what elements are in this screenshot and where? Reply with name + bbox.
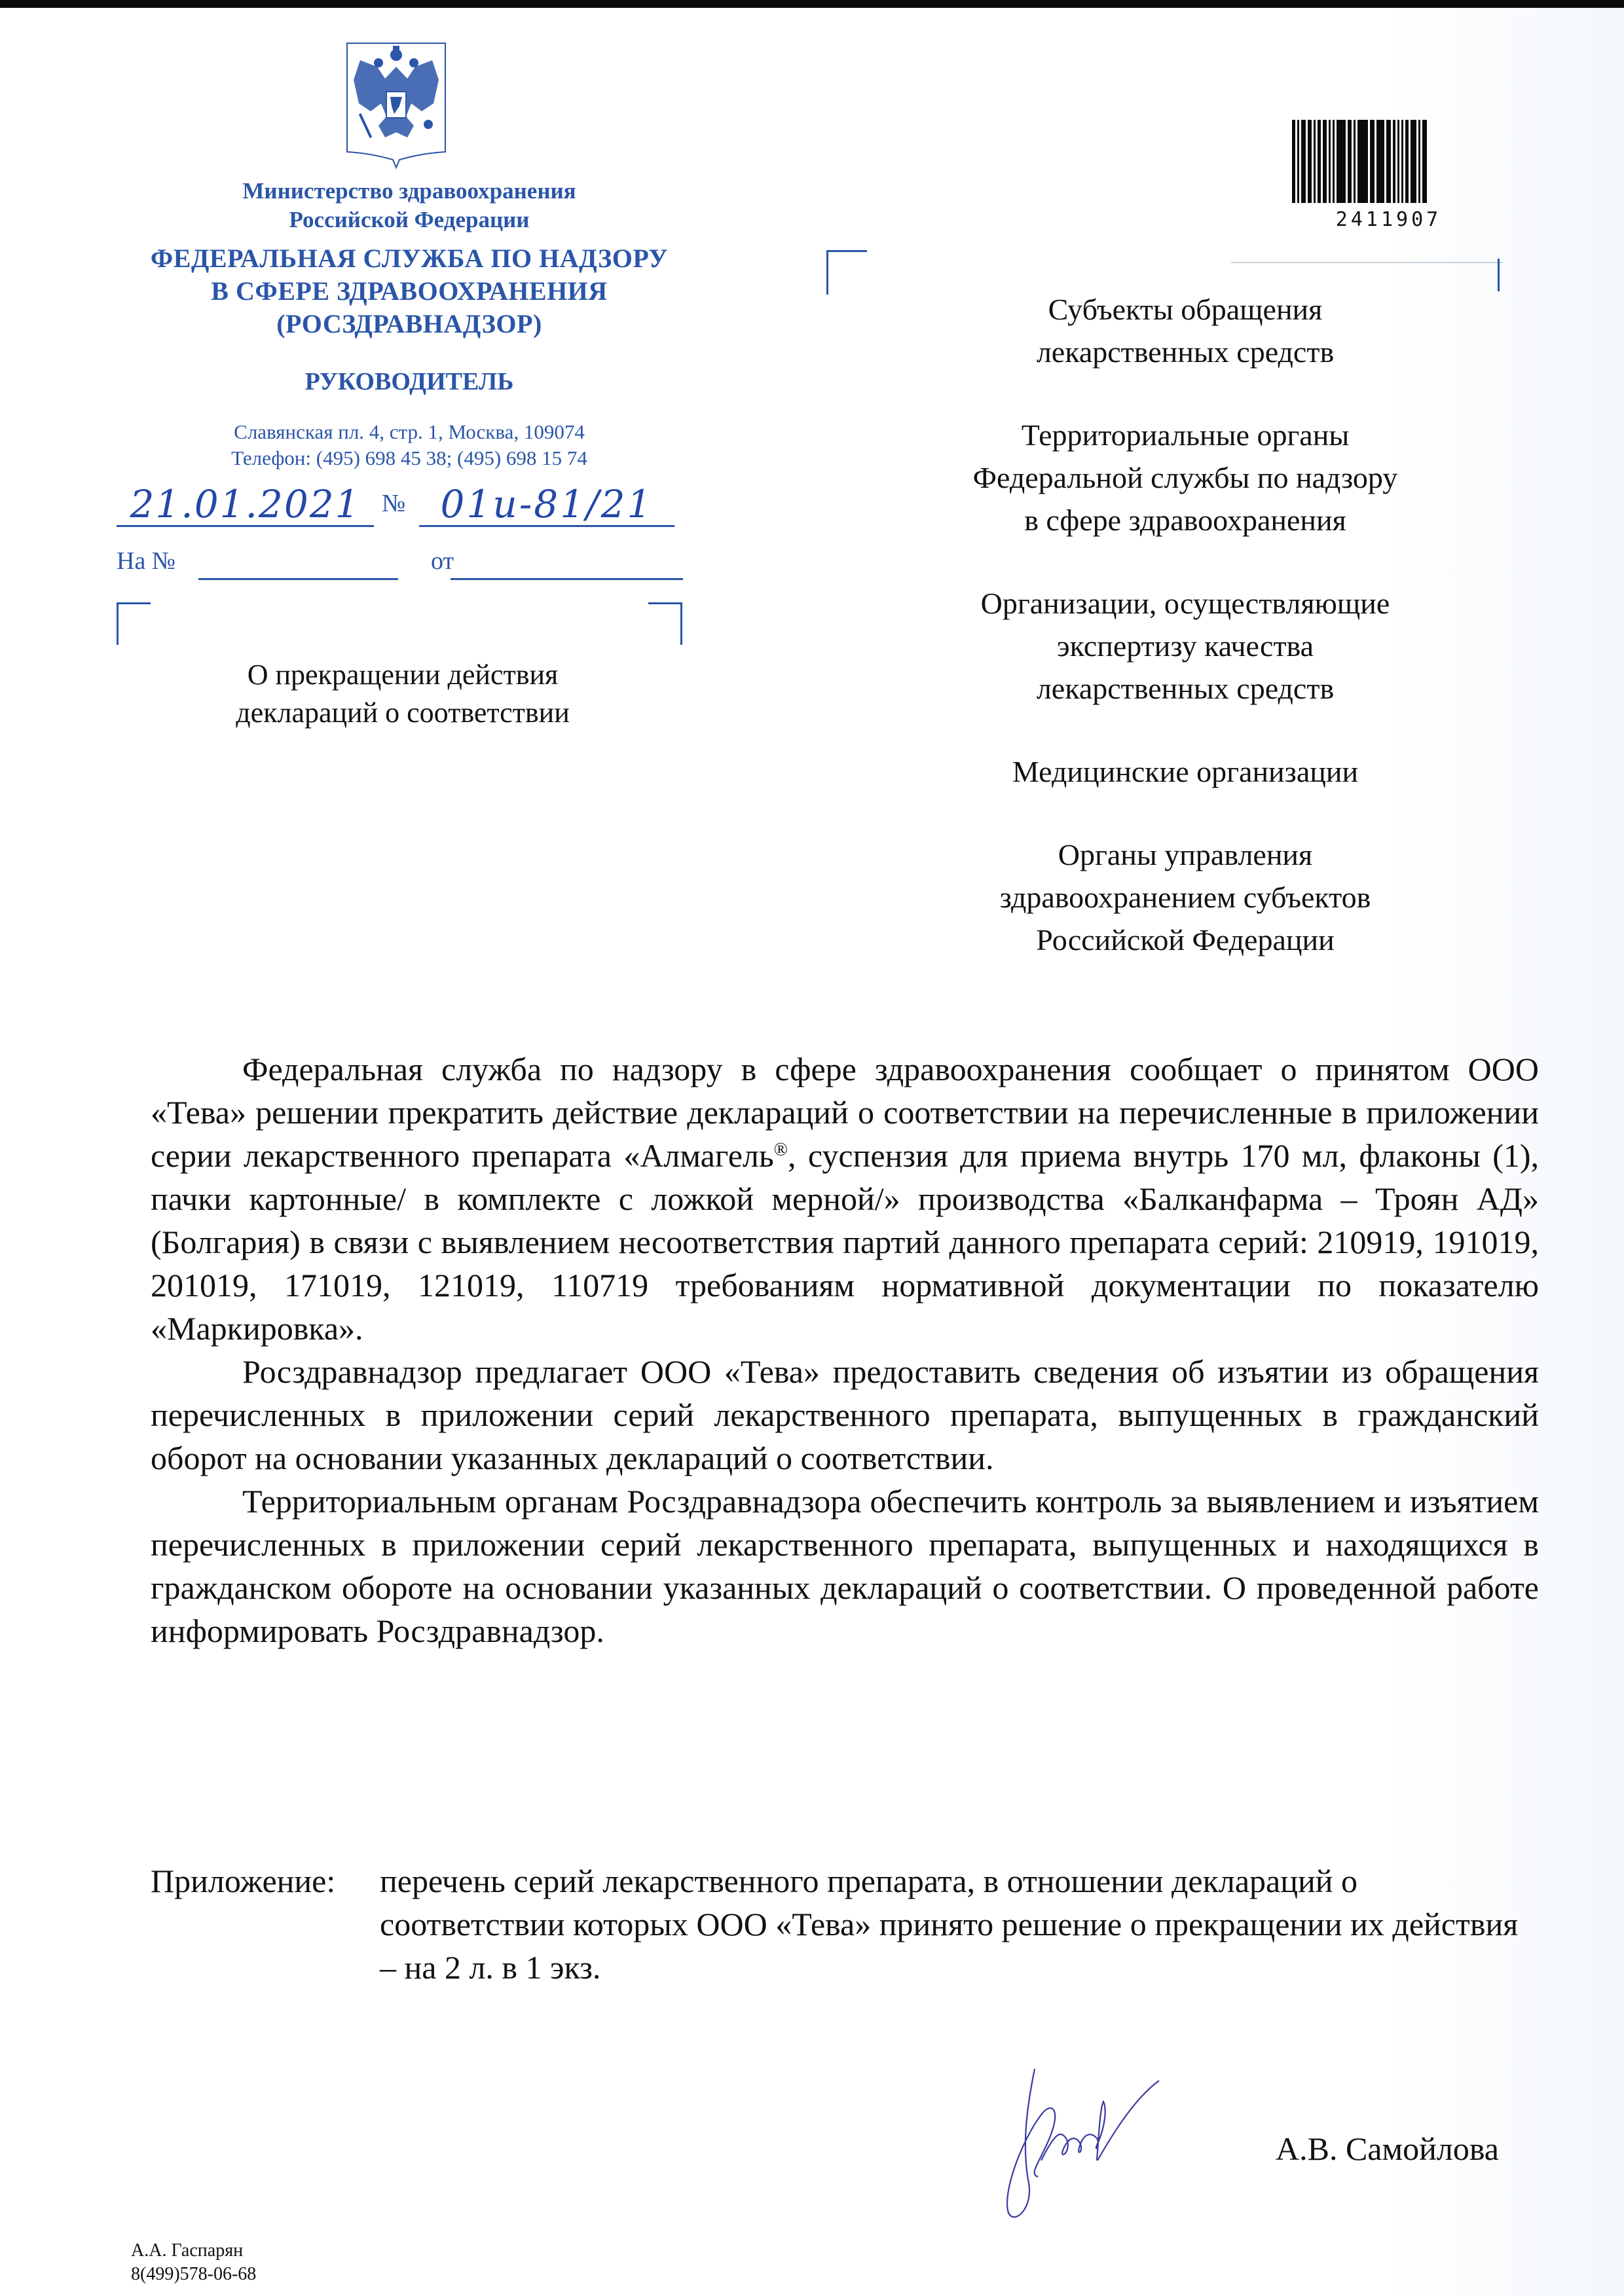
recipient: Территориальные органы Федеральной служб…: [897, 414, 1473, 541]
from-date-field: [451, 578, 683, 580]
recipient-line: лекарственных средств: [897, 331, 1473, 373]
handwritten-signature-icon: [943, 2062, 1192, 2232]
registration-number: 01и-81/21: [419, 481, 674, 527]
appendix-text: перечень серий лекарственного препарата,…: [380, 1859, 1532, 1989]
number-label: №: [382, 489, 405, 518]
subject-line-1: О прекращении действия: [151, 656, 655, 694]
service-line-1: ФЕДЕРАЛЬНАЯ СЛУЖБА ПО НАДЗОРУ: [98, 242, 720, 275]
recipient: Организации, осуществляющие экспертизу к…: [897, 582, 1473, 710]
recipient-line: здравоохранением субъектов: [897, 876, 1473, 919]
recipient: Субъекты обращения лекарственных средств: [897, 288, 1473, 373]
barcode-icon: [1292, 120, 1485, 203]
service-line-3: (РОСЗДРАВНАДЗОР): [98, 308, 720, 340]
appendix: Приложение: перечень серий лекарственног…: [151, 1859, 1539, 1989]
body-paragraph-2: Росздравнадзор предлагает ООО «Тева» пре…: [151, 1350, 1539, 1480]
body-paragraph-1: Федеральная служба по надзору в сфере зд…: [151, 1048, 1539, 1350]
registered-mark: ®: [774, 1139, 788, 1159]
body-paragraph-3: Территориальным органам Росздравнадзора …: [151, 1480, 1539, 1652]
recipient-line: лекарственных средств: [897, 667, 1473, 710]
subject-line-2: деклараций о соответствии: [151, 694, 655, 732]
service-name: ФЕДЕРАЛЬНАЯ СЛУЖБА ПО НАДЗОРУ В СФЕРЕ ЗД…: [98, 242, 720, 340]
registration-row: 21.01.2021 № 01и-81/21: [117, 481, 686, 534]
service-line-2: В СФЕРЕ ЗДРАВООХРАНЕНИЯ: [98, 275, 720, 308]
recipient-line: Субъекты обращения: [897, 288, 1473, 331]
recipient-line: Российской Федерации: [897, 919, 1473, 961]
ministry-line-2: Российской Федерации: [98, 206, 720, 234]
recipient-line: Территориальные органы: [897, 414, 1473, 456]
contact-block: Славянская пл. 4, стр. 1, Москва, 109074…: [98, 419, 720, 471]
ministry-line-1: Министерство здравоохранения: [98, 177, 720, 206]
recipient-line: Организации, осуществляющие: [897, 582, 1473, 625]
letter-body: Федеральная служба по надзору в сфере зд…: [151, 1048, 1539, 1652]
from-label: от: [431, 547, 454, 575]
reply-reference-row: На № от: [117, 547, 686, 586]
executor-block: А.А. Гаспарян 8(499)578-06-68: [131, 2239, 256, 2286]
executor-name: А.А. Гаспарян: [131, 2239, 256, 2263]
barcode-number: 2411907: [1292, 208, 1485, 231]
recipient-line: экспертизу качества: [897, 625, 1473, 667]
bracket-top-right: [648, 602, 682, 645]
signer-name: А.В. Самойлова: [1276, 2130, 1499, 2168]
address: Славянская пл. 4, стр. 1, Москва, 109074: [98, 419, 720, 445]
recipient-line: в сфере здравоохранения: [897, 499, 1473, 541]
reply-to-label: На №: [117, 547, 175, 575]
ministry-name: Министерство здравоохранения Российской …: [98, 177, 720, 234]
recipients-list: Субъекты обращения лекарственных средств…: [897, 288, 1473, 1002]
recipient-line: Медицинские организации: [897, 750, 1473, 793]
recipient-line: Органы управления: [897, 833, 1473, 876]
address-bracket-left: [826, 250, 867, 295]
recipient: Медицинские организации: [897, 750, 1473, 793]
phone: Телефон: (495) 698 45 38; (495) 698 15 7…: [98, 445, 720, 471]
bracket-top-left: [117, 602, 151, 645]
recipient-line: Федеральной службы по надзору: [897, 456, 1473, 499]
appendix-label: Приложение:: [151, 1859, 380, 1989]
scan-border: [0, 0, 1624, 8]
executor-phone: 8(499)578-06-68: [131, 2263, 256, 2286]
letter-subject: О прекращении действия деклараций о соот…: [151, 656, 655, 732]
address-bracket-right: [1467, 259, 1500, 291]
recipient: Органы управления здравоохранением субъе…: [897, 833, 1473, 961]
barcode-divider: [1231, 262, 1503, 263]
barcode: [1292, 120, 1485, 205]
reply-to-field: [198, 578, 398, 580]
registration-date: 21.01.2021: [117, 481, 374, 527]
coat-of-arms-icon: [344, 41, 448, 170]
position-title: РУКОВОДИТЕЛЬ: [98, 367, 720, 397]
